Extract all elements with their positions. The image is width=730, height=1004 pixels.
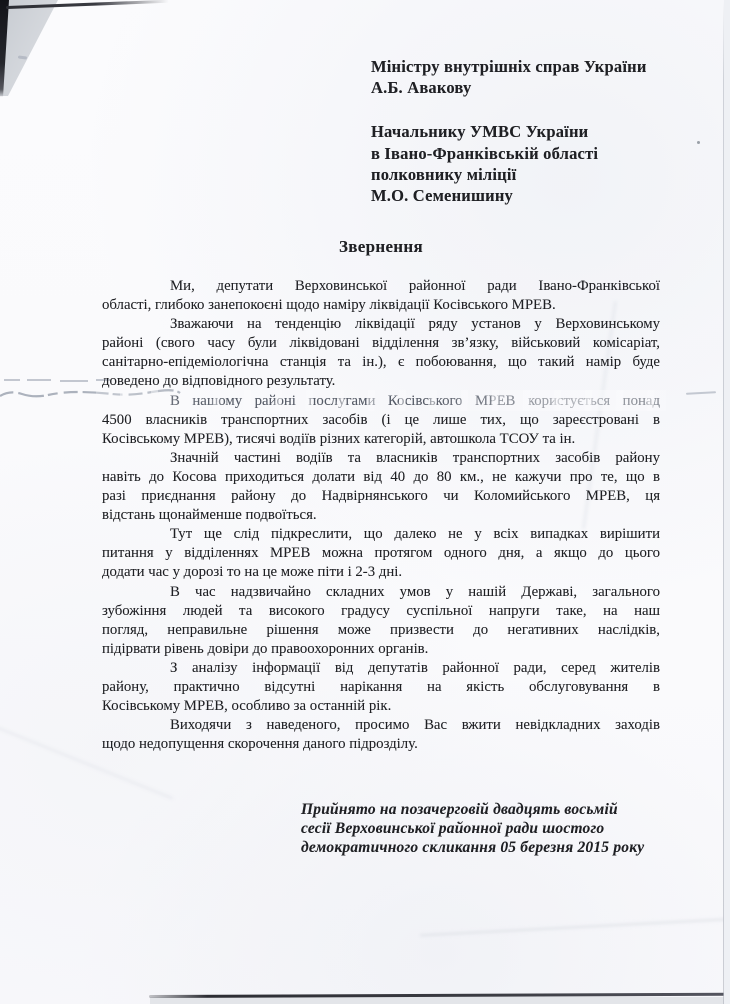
recipient-blocks: Міністру внутрішніх справ України А.Б. А… [371, 56, 647, 206]
resolution-line: демократичного скликання 05 березня 2015… [301, 839, 687, 858]
body-line: питання у відділеннях МРЕВ можна протяго… [102, 544, 660, 563]
recipient-line: Міністру внутрішніх справ України [371, 56, 647, 77]
scan-bottom-background [150, 997, 730, 1004]
body-line: Зважаючи на тенденцію ліквідації ряду ус… [102, 315, 660, 334]
body-line: доведено до відповідного результату. [102, 372, 660, 391]
body-line: відстань щонайменше подвоїться. [102, 506, 660, 525]
recipient-line: в Івано-Франківській області [371, 143, 647, 164]
body-line: щодо недопущення скорочення даного підро… [102, 735, 660, 754]
recipient-umvs-chief: Начальнику УМВС України в Івано-Франківс… [371, 121, 647, 206]
scan-speck [697, 141, 700, 144]
body-line: Косівському МРЕВ), тисячі водіїв різних … [102, 430, 660, 449]
body-line: області, глибоко занепокоєні щодо наміру… [102, 296, 660, 315]
scanned-letter-page: Міністру внутрішніх справ України А.Б. А… [0, 0, 730, 1004]
body-line: разі приєднання району до Надвірнянськог… [102, 487, 660, 506]
resolution-line: Прийнято на позачерговій двадцять восьмі… [301, 801, 687, 820]
recipient-line: Начальнику УМВС України [371, 121, 647, 142]
body-line: підірвати рівень довіри до правоохоронни… [102, 640, 660, 659]
body-line: Ми, депутати Верховинської районної ради… [102, 277, 660, 296]
resolution-line: сесії Верховинської районної ради шостог… [301, 820, 687, 839]
body-line: районі (свого часу були ліквідовані відд… [102, 334, 660, 353]
body-line: 4500 власників транспортних засобів (і ц… [102, 411, 660, 430]
letter-body: Ми, депутати Верховинської районної ради… [102, 277, 660, 754]
recipient-line: полковнику міліції [371, 164, 647, 185]
body-line-faded: В нашому районі послугами Косівського МР… [102, 392, 660, 411]
resolution-note: Прийнято на позачерговій двадцять восьмі… [301, 801, 687, 858]
body-line: В час надзвичайно складних умов у нашій … [102, 583, 660, 602]
body-line: санітарно-епідеміологічна станція та ін.… [102, 353, 660, 372]
recipient-line: М.О. Семенишину [371, 185, 647, 206]
document-title: Звернення [102, 237, 660, 257]
scan-speck [686, 391, 716, 395]
body-line: Виходячи з наведеного, просимо Вас вжити… [102, 716, 660, 735]
body-line: погляд, неправильне рішення може призвес… [102, 621, 660, 640]
body-line: Значній частині водіїв та власників тран… [102, 449, 660, 468]
body-line: З аналізу інформації від депутатів район… [102, 659, 660, 678]
body-line: Косівському МРЕВ, особливо за останній р… [102, 697, 660, 716]
scan-right-edge [723, 0, 725, 1004]
scan-corner-fold [0, 0, 70, 98]
body-line: району, практично відсутні нарікання на … [102, 678, 660, 697]
body-line: зубожіння людей та високого градусу сусп… [102, 602, 660, 621]
paper-crease [420, 918, 730, 937]
recipient-minister: Міністру внутрішніх справ України А.Б. А… [371, 56, 647, 98]
body-line: Тут ще слід підкреслити, що далеко не у … [102, 525, 660, 544]
body-line: додати час у дорозі то на це може піти і… [102, 563, 660, 582]
scan-right-background [724, 0, 730, 1004]
body-line: навіть до Косова приходиться долати від … [102, 468, 660, 487]
recipient-line: А.Б. Авакову [371, 77, 647, 98]
